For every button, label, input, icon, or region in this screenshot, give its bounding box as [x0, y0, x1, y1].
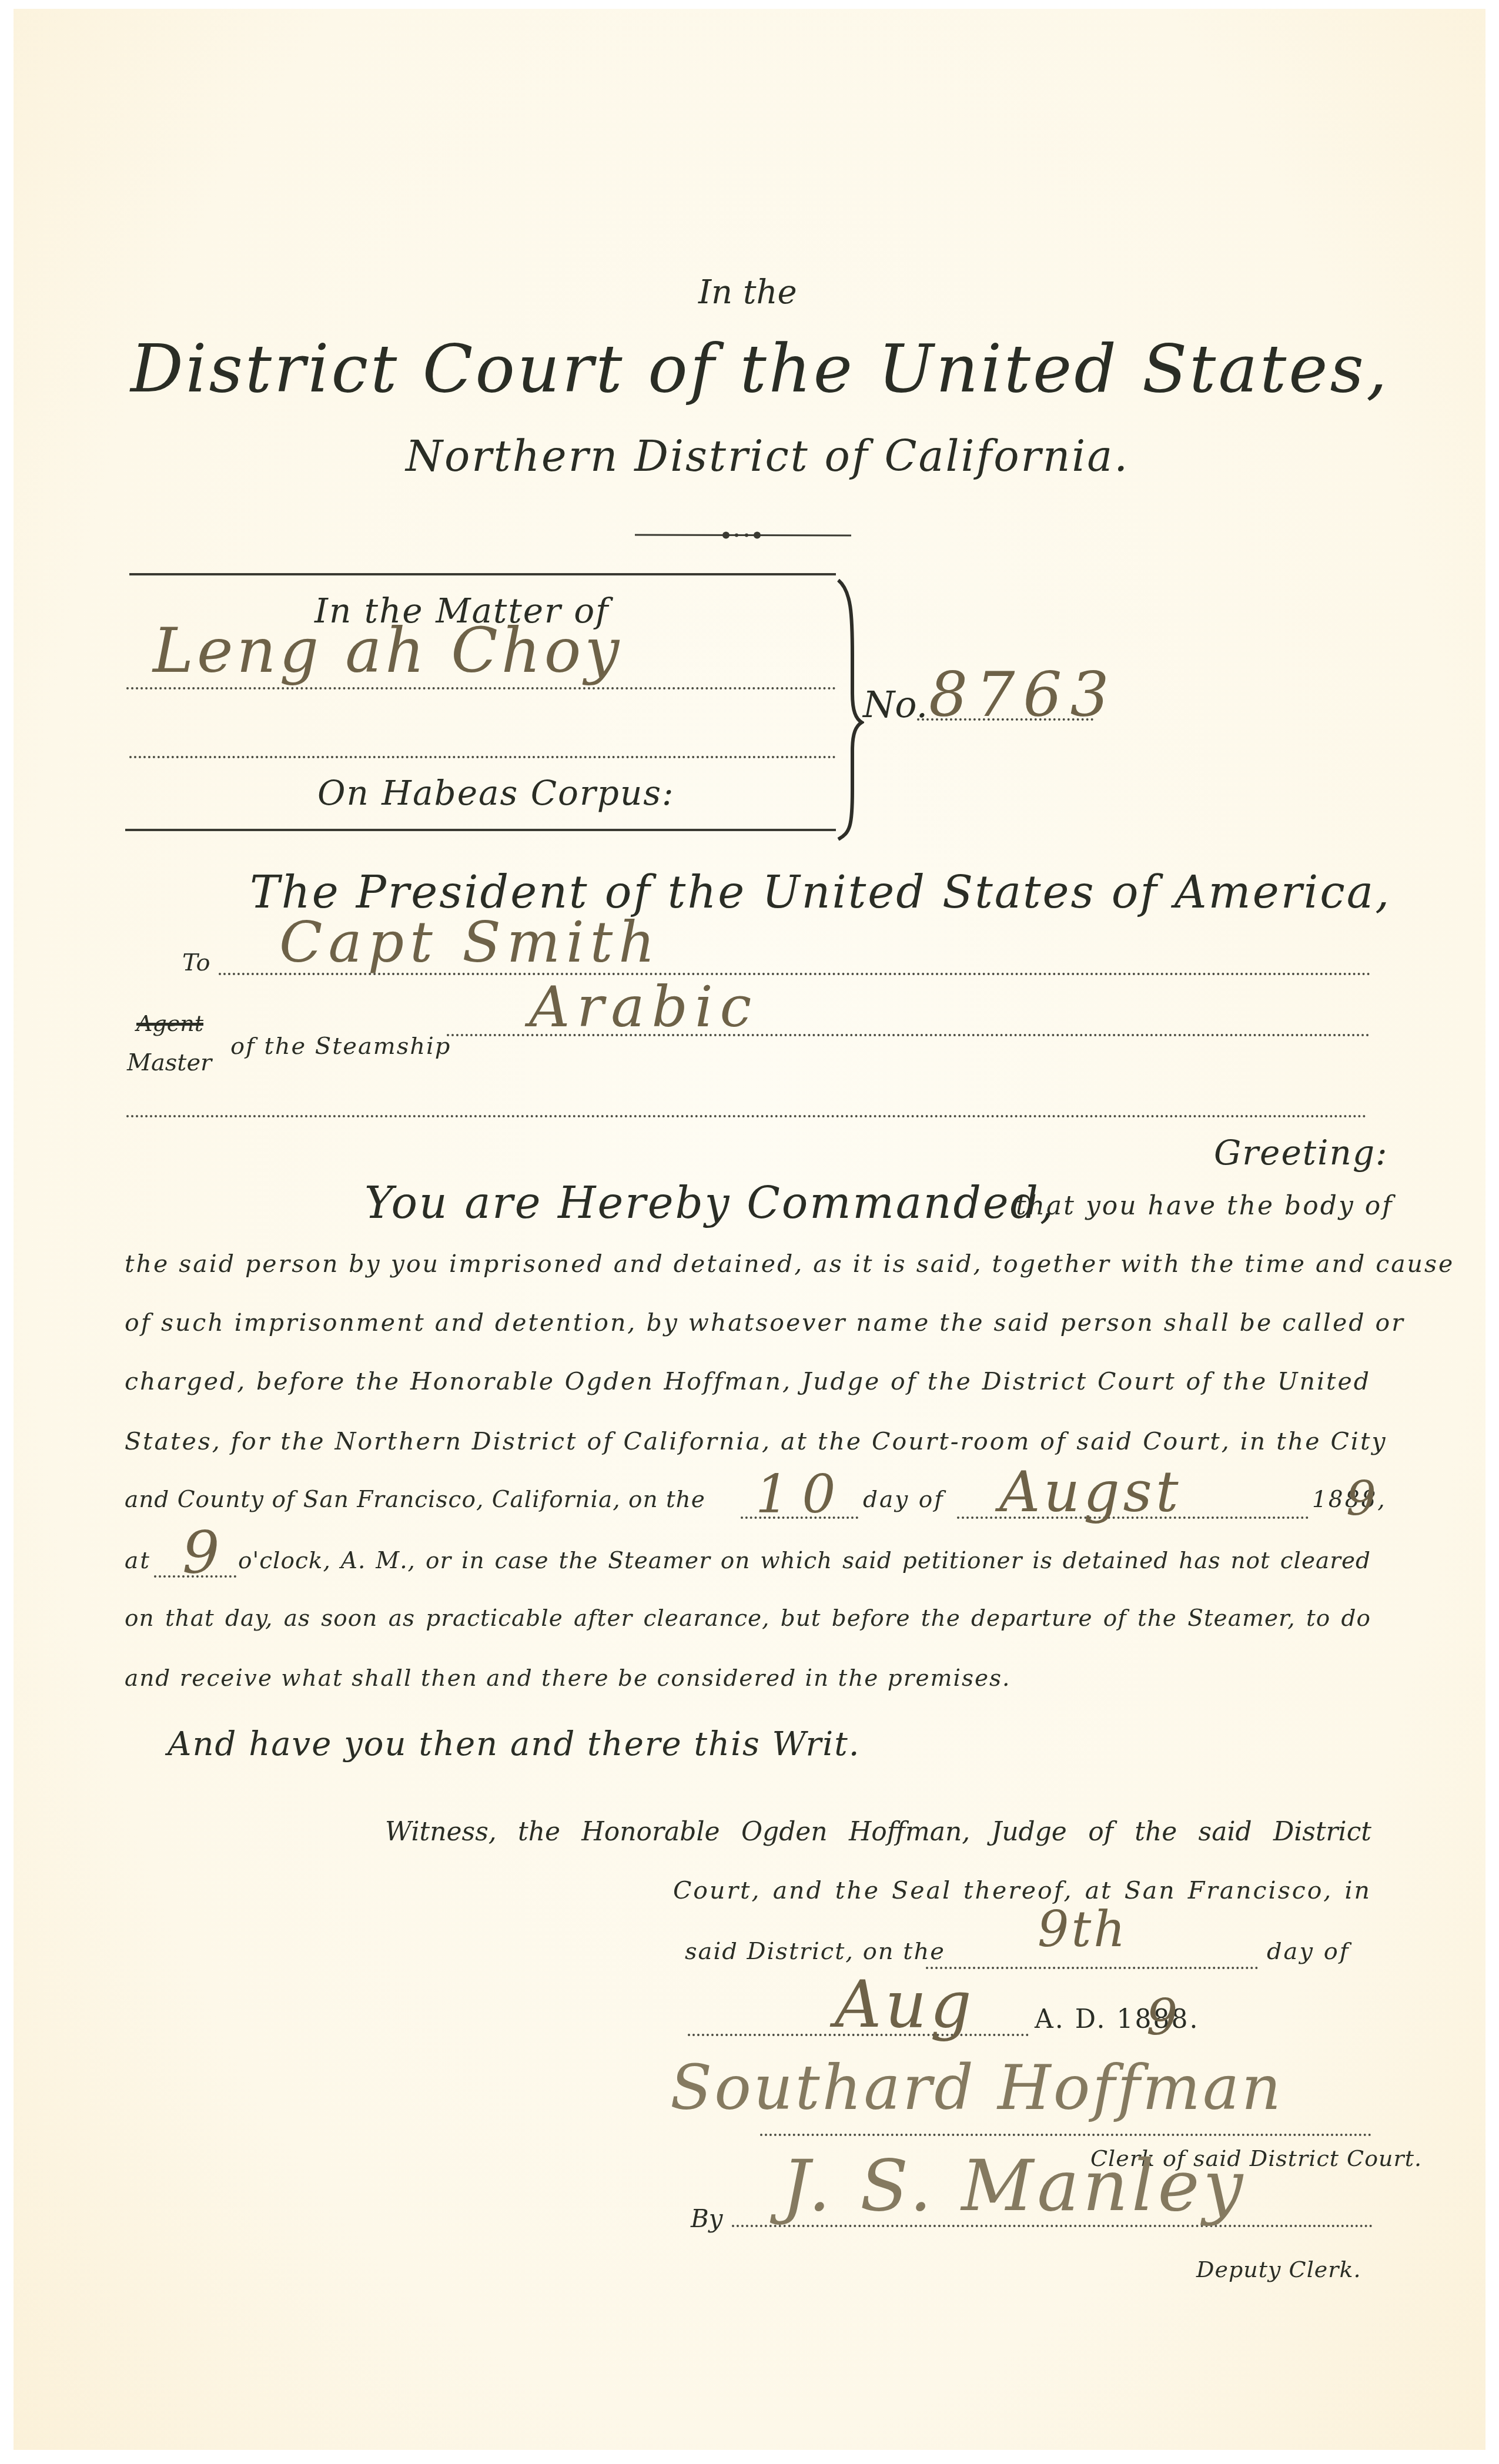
writ-line: the said person by you imprisoned and de…: [125, 1252, 1371, 1276]
court-title: District Court of the United States,: [131, 336, 1371, 402]
to-name[interactable]: Capt Smith: [279, 914, 661, 970]
writ-line: States, for the Northern District of Cal…: [125, 1429, 1371, 1454]
petitioner-line-1: [126, 687, 836, 689]
writ-closing: And have you then and there this Writ.: [168, 1728, 861, 1761]
witness-day-line: [926, 1967, 1258, 1969]
time-line-suffix: o'clock, A. M., or in case the Steamer o…: [238, 1549, 1371, 1572]
address-extra-line: [126, 1115, 1367, 1117]
witness-year-correction[interactable]: 9: [1146, 1993, 1181, 2042]
by-label: By: [691, 2207, 723, 2231]
case-number-label: No.: [863, 687, 928, 723]
steamship-label: of the Steamship: [230, 1035, 451, 1058]
witness-line-3-prefix: said District, on the: [685, 1940, 945, 1963]
year-correction[interactable]: 9: [1346, 1475, 1380, 1522]
petitioner-line-2: [129, 756, 836, 758]
agent-label-struck: Agent: [136, 1012, 203, 1035]
habeas-corpus-label: On Habeas Corpus:: [317, 776, 675, 810]
command-lead: You are Hereby Commanded,: [364, 1181, 1056, 1225]
writ-line: that you have the body of: [1016, 1193, 1394, 1219]
witness-line-1: Witness, the Honorable Ogden Hoffman, Ju…: [385, 1819, 1371, 1845]
time-line-prefix: at: [125, 1549, 151, 1572]
hearing-day[interactable]: 10: [755, 1468, 849, 1521]
ornamental-divider: [635, 531, 851, 537]
caption-top-rule: [129, 573, 836, 575]
to-label: To: [182, 951, 210, 975]
right-brace: [835, 579, 864, 841]
clerk-signature-line: [760, 2134, 1371, 2136]
writ-tail-line: on that day, as soon as practicable afte…: [125, 1607, 1371, 1630]
steamship-line: [447, 1034, 1370, 1036]
date-line-prefix: and County of San Francisco, California,…: [125, 1488, 705, 1511]
deputy-signature[interactable]: J. S. Manley: [782, 2151, 1246, 2222]
pre-title: In the: [698, 276, 797, 309]
writ-line: charged, before the Honorable Ogden Hoff…: [125, 1370, 1371, 1394]
witness-month[interactable]: Aug: [835, 1972, 975, 2037]
clerk-signature[interactable]: Southard Hoffman: [670, 2057, 1283, 2118]
to-line: [219, 973, 1371, 975]
hearing-hour[interactable]: 9: [182, 1524, 223, 1582]
writ-tail-line: and receive what shall then and there be…: [125, 1667, 1011, 1690]
steamship-name[interactable]: Arabic: [529, 979, 758, 1035]
president-line: The President of the United States of Am…: [250, 870, 1391, 915]
deputy-title: Deputy Clerk.: [1196, 2258, 1361, 2281]
petitioner-name[interactable]: Leng ah Choy: [153, 620, 623, 681]
witness-day[interactable]: 9th: [1038, 1904, 1127, 1954]
district-subtitle: Northern District of California.: [406, 435, 1129, 477]
day-of-label: day of: [863, 1488, 945, 1511]
case-number[interactable]: 8763: [929, 664, 1117, 725]
writ-line: of such imprisonment and detention, by w…: [125, 1311, 1371, 1335]
witness-line-2: Court, and the Seal thereof, at San Fran…: [673, 1879, 1371, 1903]
caption-bottom-rule: [125, 829, 836, 831]
witness-line-3-suffix: day of: [1267, 1940, 1350, 1963]
greeting: Greeting:: [1214, 1136, 1388, 1170]
master-label: Master: [127, 1051, 212, 1074]
hearing-month[interactable]: Augst: [999, 1464, 1182, 1520]
